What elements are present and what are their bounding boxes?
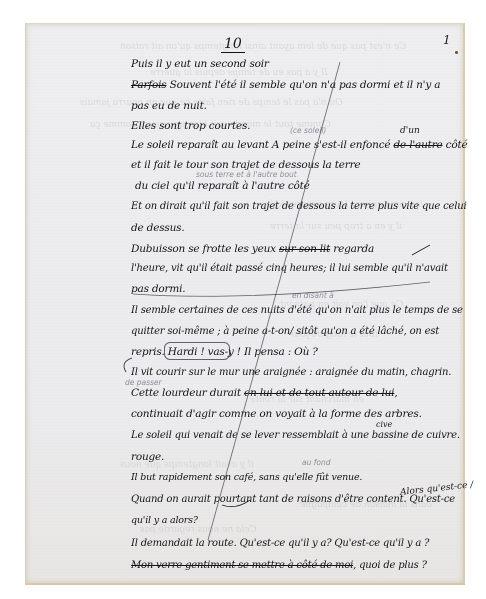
pencil-cancellation-line	[0, 0, 486, 599]
